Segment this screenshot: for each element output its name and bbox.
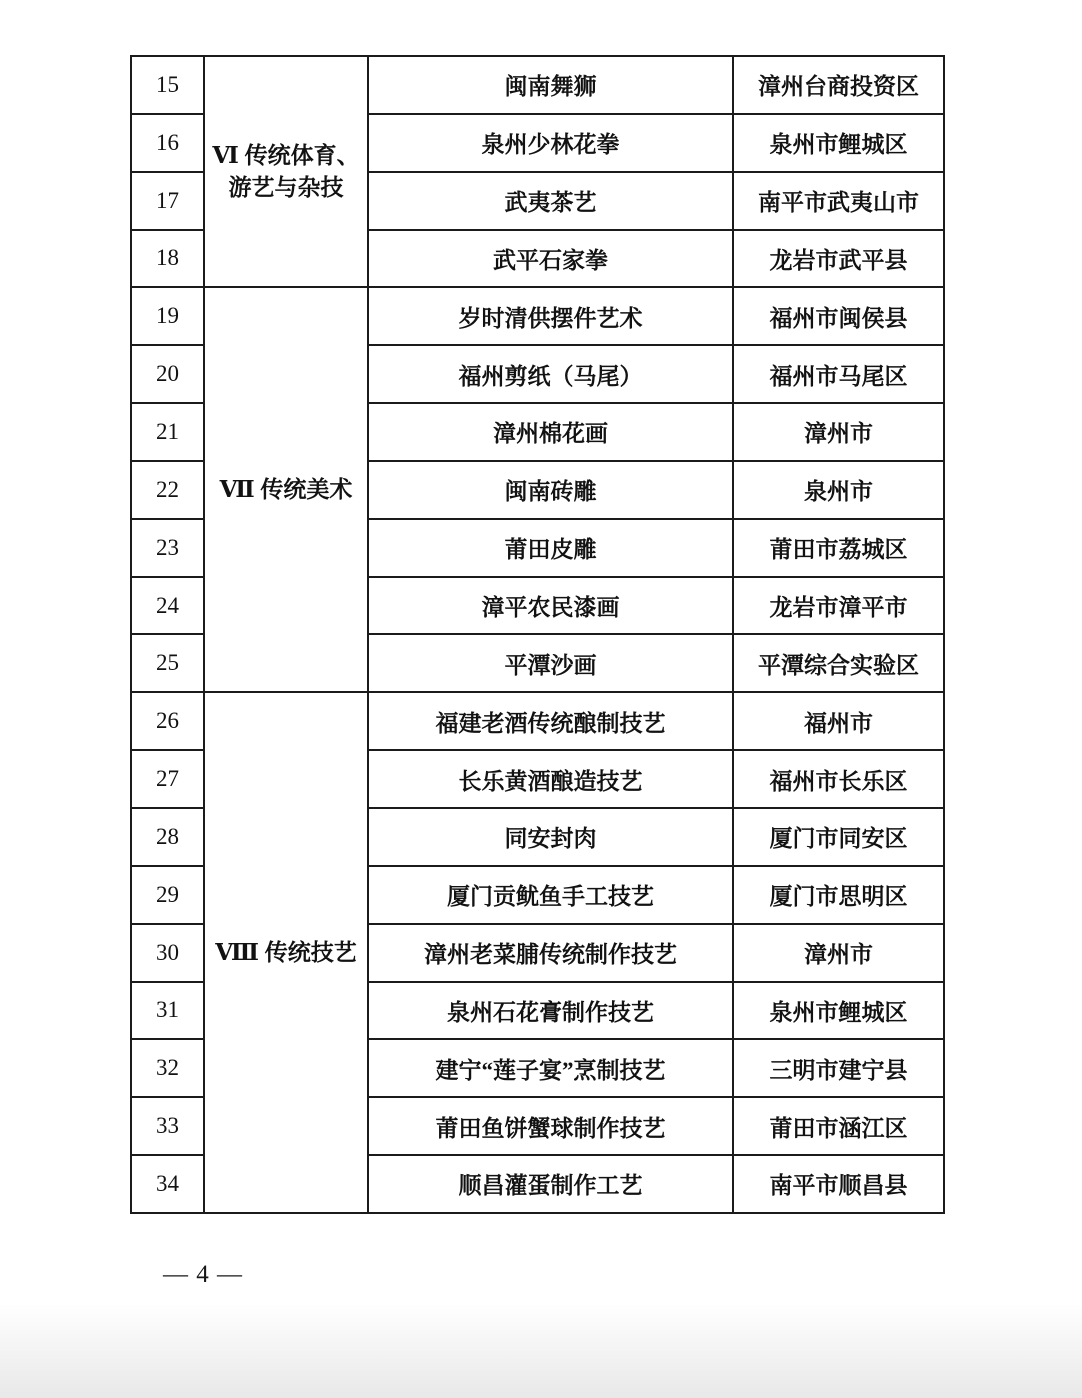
category-cell: Ⅷ 传统技艺	[204, 692, 368, 1213]
location-cell: 漳州市	[733, 924, 944, 982]
item-name-cell: 顺昌灌蛋制作工艺	[368, 1155, 733, 1213]
location-cell: 泉州市鲤城区	[733, 114, 944, 172]
row-number-cell: 31	[131, 982, 204, 1040]
item-name-cell: 武平石家拳	[368, 230, 733, 288]
row-number-cell: 15	[131, 56, 204, 114]
location-cell: 福州市马尾区	[733, 345, 944, 403]
row-number-cell: 24	[131, 577, 204, 635]
table-row: 26 Ⅷ 传统技艺 福建老酒传统酿制技艺 福州市	[131, 692, 944, 750]
item-name-cell: 岁时清供摆件艺术	[368, 287, 733, 345]
location-cell: 福州市长乐区	[733, 750, 944, 808]
row-number-cell: 19	[131, 287, 204, 345]
item-name-cell: 莆田鱼饼蟹球制作技艺	[368, 1097, 733, 1155]
row-number-cell: 20	[131, 345, 204, 403]
item-name-cell: 漳平农民漆画	[368, 577, 733, 635]
heritage-items-table: 15 Ⅵ 传统体育、 游艺与杂技 闽南舞狮 漳州台商投资区 16 泉州少林花拳 …	[130, 55, 945, 1214]
item-name-cell: 同安封肉	[368, 808, 733, 866]
row-number-cell: 27	[131, 750, 204, 808]
row-number-cell: 22	[131, 461, 204, 519]
location-cell: 莆田市涵江区	[733, 1097, 944, 1155]
location-cell: 泉州市鲤城区	[733, 982, 944, 1040]
page-bottom-shadow	[0, 1303, 1082, 1398]
item-name-cell: 漳州棉花画	[368, 403, 733, 461]
row-number-cell: 23	[131, 519, 204, 577]
row-number-cell: 28	[131, 808, 204, 866]
category-label: Ⅷ 传统技艺	[205, 937, 367, 969]
item-name-cell: 武夷茶艺	[368, 172, 733, 230]
location-cell: 三明市建宁县	[733, 1039, 944, 1097]
category-label: Ⅵ 传统体育、	[205, 140, 367, 172]
row-number-cell: 16	[131, 114, 204, 172]
item-name-cell: 闽南舞狮	[368, 56, 733, 114]
row-number-cell: 34	[131, 1155, 204, 1213]
row-number-cell: 26	[131, 692, 204, 750]
item-name-cell: 福建老酒传统酿制技艺	[368, 692, 733, 750]
location-cell: 龙岩市武平县	[733, 230, 944, 288]
location-cell: 厦门市思明区	[733, 866, 944, 924]
row-number-cell: 21	[131, 403, 204, 461]
item-name-cell: 漳州老菜脯传统制作技艺	[368, 924, 733, 982]
location-cell: 漳州市	[733, 403, 944, 461]
item-name-cell: 莆田皮雕	[368, 519, 733, 577]
location-cell: 泉州市	[733, 461, 944, 519]
item-name-cell: 长乐黄酒酿造技艺	[368, 750, 733, 808]
table-row: 15 Ⅵ 传统体育、 游艺与杂技 闽南舞狮 漳州台商投资区	[131, 56, 944, 114]
item-name-cell: 闽南砖雕	[368, 461, 733, 519]
category-cell: Ⅵ 传统体育、 游艺与杂技	[204, 56, 368, 287]
row-number-cell: 29	[131, 866, 204, 924]
row-number-cell: 32	[131, 1039, 204, 1097]
row-number-cell: 18	[131, 230, 204, 288]
row-number-cell: 25	[131, 634, 204, 692]
item-name-cell: 泉州少林花拳	[368, 114, 733, 172]
location-cell: 南平市武夷山市	[733, 172, 944, 230]
location-cell: 漳州台商投资区	[733, 56, 944, 114]
location-cell: 龙岩市漳平市	[733, 577, 944, 635]
location-cell: 福州市	[733, 692, 944, 750]
item-name-cell: 福州剪纸（马尾）	[368, 345, 733, 403]
page-number: — 4 —	[163, 1261, 243, 1289]
item-name-cell: 平潭沙画	[368, 634, 733, 692]
row-number-cell: 17	[131, 172, 204, 230]
row-number-cell: 33	[131, 1097, 204, 1155]
location-cell: 南平市顺昌县	[733, 1155, 944, 1213]
item-name-cell: 建宁“莲子宴”烹制技艺	[368, 1039, 733, 1097]
row-number-cell: 30	[131, 924, 204, 982]
category-label: Ⅶ 传统美术	[205, 474, 367, 506]
item-name-cell: 泉州石花膏制作技艺	[368, 982, 733, 1040]
location-cell: 莆田市荔城区	[733, 519, 944, 577]
table-row: 19 Ⅶ 传统美术 岁时清供摆件艺术 福州市闽侯县	[131, 287, 944, 345]
category-cell: Ⅶ 传统美术	[204, 287, 368, 692]
location-cell: 福州市闽侯县	[733, 287, 944, 345]
item-name-cell: 厦门贡鱿鱼手工技艺	[368, 866, 733, 924]
location-cell: 厦门市同安区	[733, 808, 944, 866]
location-cell: 平潭综合实验区	[733, 634, 944, 692]
category-label: 游艺与杂技	[205, 172, 367, 204]
